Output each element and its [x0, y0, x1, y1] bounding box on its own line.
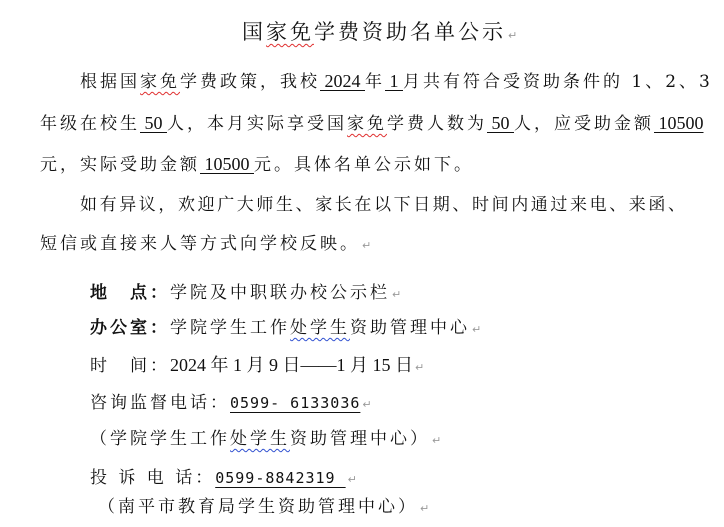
text: 月共有符合受资助条件的 1、2、3 — [403, 72, 713, 92]
paragraph-mark-icon: ↵ — [508, 29, 517, 42]
paragraph-mark-icon: ↵ — [432, 434, 441, 447]
para2-line1: 如有异议，欢迎广大师生、家长在以下日期、时间内通过来电、来函、 — [80, 194, 688, 216]
text: 年 — [365, 72, 385, 92]
month-field: 1 — [385, 71, 403, 91]
spellcheck-underline[interactable]: 家免 — [140, 72, 180, 92]
office-row: 办公室：学院学生工作处学生资助管理中心↵ — [90, 317, 481, 341]
complaint-org-row: （南平市教育局学生资助管理中心）↵ — [98, 496, 429, 520]
text: 元，实际受助金额 — [40, 155, 200, 175]
actual-count-field: 50 — [487, 113, 514, 133]
document-page: 国家免学费资助名单公示↵ 根据国家免学费政策，我校 2024 年 1 月共有符合… — [0, 0, 724, 527]
consult-org-row: （学院学生工作处学生资助管理中心）↵ — [90, 428, 441, 452]
text: 学费人数为 — [387, 114, 487, 134]
consult-phone-row: 咨询监督电话：0599- 6133036↵ — [90, 392, 372, 416]
spellcheck-underline[interactable]: 家免 — [266, 20, 314, 44]
consult-org: 资助管理中心） — [290, 429, 430, 449]
office-value: 学院学生工作 — [170, 318, 290, 338]
office-label: 办公室： — [90, 318, 170, 338]
consult-phone: 0599- 6133036 — [230, 394, 360, 412]
text: 人，本月实际享受国 — [167, 114, 347, 134]
location-value: 学院及中职联办校公示栏 — [170, 283, 390, 303]
text: 年级在校生 — [40, 114, 140, 134]
text: 人，应受助金额 — [514, 114, 654, 134]
para1-line3: 元，实际受助金额 10500 元。具体名单公示如下。 — [40, 153, 474, 176]
grammar-underline[interactable]: 处学生 — [290, 318, 350, 338]
text: 学费政策，我校 — [180, 72, 320, 92]
location-label: 地 点： — [90, 283, 170, 303]
text: 元。具体名单公示如下。 — [254, 155, 474, 175]
time-value: 2024 年 1 月 9 日——1 月 15 日 — [170, 355, 413, 375]
enrolled-count-field: 50 — [140, 113, 167, 133]
time-label: 时 间： — [90, 356, 170, 376]
text: 根据国 — [80, 72, 140, 92]
consult-org: （学院学生工作 — [90, 429, 230, 449]
paragraph-mark-icon: ↵ — [472, 323, 481, 336]
paragraph-mark-icon: ↵ — [392, 288, 401, 301]
paragraph-mark-icon: ↵ — [348, 473, 357, 486]
consult-label: 咨询监督电话： — [90, 393, 230, 413]
year-field: 2024 — [320, 71, 365, 91]
actual-amount-field: 10500 — [200, 154, 254, 174]
title-text: 国 — [242, 20, 266, 44]
para2-line2: 短信或直接来人等方式向学校反映。↵ — [40, 233, 371, 257]
complaint-phone: 0599-8842319 — [215, 469, 345, 487]
spellcheck-underline[interactable]: 家免 — [347, 114, 387, 134]
office-value: 资助管理中心 — [350, 318, 470, 338]
complaint-org: （南平市教育局学生资助管理中心） — [98, 497, 418, 517]
complaint-label: 投 诉 电 话： — [90, 468, 215, 488]
due-amount-field: 10500 — [654, 113, 704, 133]
paragraph-mark-icon: ↵ — [362, 398, 371, 411]
title-text: 学费资助名单公示 — [314, 20, 506, 44]
paragraph-mark-icon: ↵ — [362, 239, 371, 252]
time-row: 时 间：2024 年 1 月 9 日——1 月 15 日↵ — [90, 354, 424, 379]
location-row: 地 点：学院及中职联办校公示栏↵ — [90, 282, 401, 306]
complaint-phone-row: 投 诉 电 话：0599-8842319 ↵ — [90, 467, 357, 491]
para1-line2: 年级在校生 50 人，本月实际享受国家免学费人数为 50 人，应受助金额 105… — [40, 112, 704, 135]
paragraph-mark-icon: ↵ — [420, 502, 429, 515]
text: 短信或直接来人等方式向学校反映。 — [40, 234, 360, 254]
paragraph-mark-icon: ↵ — [415, 361, 424, 374]
page-title: 国家免学费资助名单公示↵ — [242, 18, 517, 50]
grammar-underline[interactable]: 处学生 — [230, 429, 290, 449]
para1-line1: 根据国家免学费政策，我校 2024 年 1 月共有符合受资助条件的 1、2、3 — [80, 70, 713, 93]
